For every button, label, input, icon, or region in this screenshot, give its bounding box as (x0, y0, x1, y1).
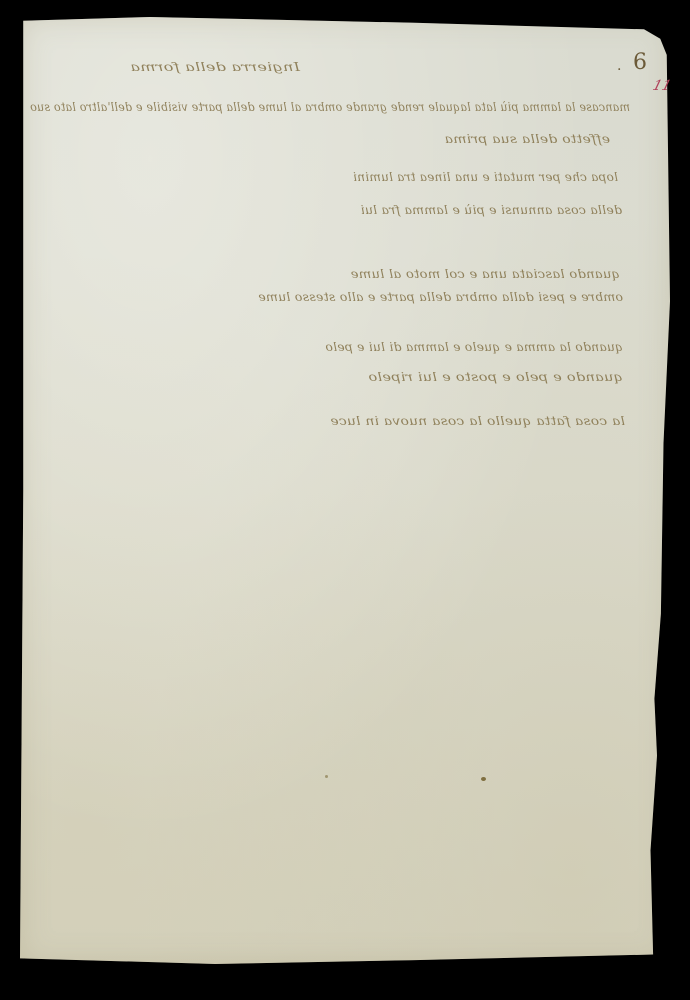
manuscript-line: la cosa fatta quello la cosa nuova in lu… (330, 414, 625, 428)
manuscript-page (20, 17, 670, 964)
manuscript-line: quando lasciata una e col moto al lume (351, 267, 620, 281)
manuscript-line: quando la amma e quelo e lamma di lui e … (325, 340, 623, 354)
manuscript-line: Ingierra della forma (130, 60, 300, 74)
manuscript-line: ombre e pesi dalla ombra della parte e a… (258, 290, 623, 304)
manuscript-line: lopa che per mutati e una linea tra lumi… (353, 170, 618, 184)
folio-number-red: 11 (651, 78, 673, 94)
manuscript-line: della cosa annunsi e più e lamma fra lui (360, 203, 622, 217)
paper-speck (325, 775, 328, 778)
manuscript-line: quando e pelo e posto e lui ripelo (368, 370, 623, 384)
manuscript-line: mancase la lamma più lata laquale rende … (30, 100, 630, 114)
manuscript-line: effetto della sua prima (444, 132, 610, 146)
folio-dot: . (617, 58, 621, 74)
folio-number: 6 (633, 50, 647, 75)
ink-speck (481, 777, 486, 781)
